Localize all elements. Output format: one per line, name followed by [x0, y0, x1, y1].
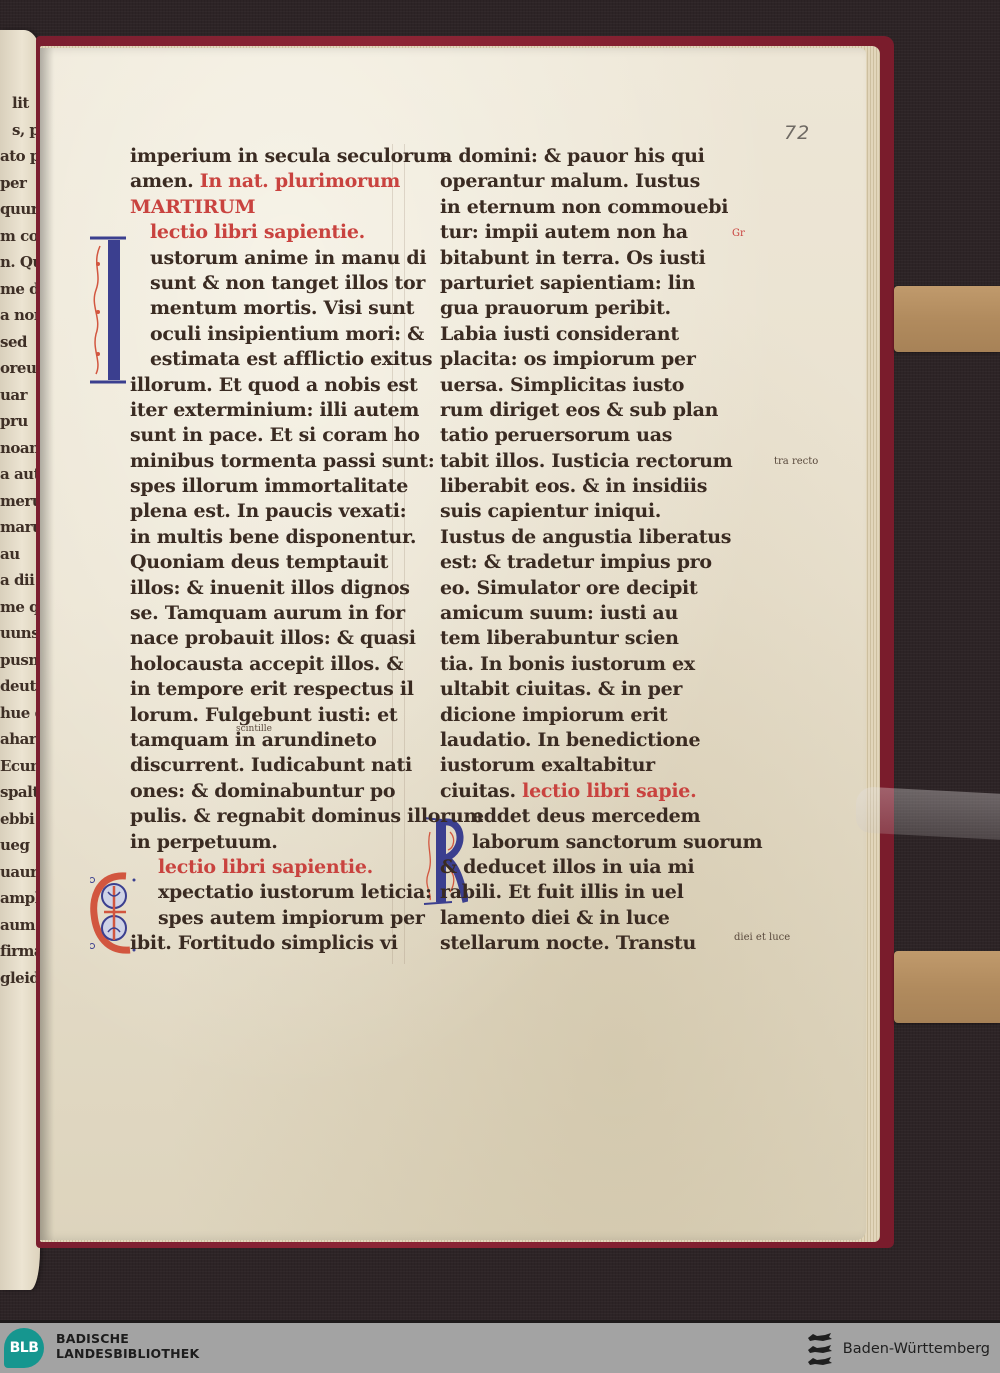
- manuscript-line: tur: impii autem non ha: [440, 220, 720, 245]
- verso-text-fragment: ebbi: [0, 810, 34, 828]
- binding-tie-bottom: [894, 951, 1000, 1023]
- line-text: in multis bene disponentur.: [130, 526, 416, 548]
- verso-text-fragment: per: [0, 174, 26, 192]
- line-text: iustorum exaltabitur: [440, 754, 655, 776]
- manuscript-line: amicum suum: iusti au: [440, 601, 720, 626]
- recto-page: 72: [40, 48, 866, 1240]
- verso-text-fragment: a non: [0, 306, 40, 324]
- line-text: amicum suum: iusti au: [440, 602, 678, 624]
- line-text: & deducet illos in uia mi: [440, 856, 694, 878]
- manuscript-line: eo. Simulator ore decipit: [440, 576, 720, 601]
- manuscript-line: spes autem impiorum per: [130, 906, 408, 931]
- line-text: lorum. Fulgebunt iusti: et: [130, 704, 397, 726]
- manuscript-line: stellarum nocte. Transtu: [440, 931, 720, 956]
- verso-text-fragment: a aut: [0, 465, 40, 483]
- manuscript-line: spes illorum immortalitate: [130, 474, 408, 499]
- line-text: sunt & non tanget illos tor: [150, 272, 425, 294]
- manuscript-line: ciuitas. lectio libri sapie.: [440, 779, 720, 804]
- verso-text-fragment: pusmi: [0, 651, 40, 669]
- line-text: lectio libri sapientie.: [158, 856, 373, 878]
- manuscript-line: & deducet illos in uia mi: [440, 855, 720, 880]
- manuscript-line: tabit illos. Iusticia rectorum: [440, 449, 720, 474]
- line-text: oculi insipientium mori: &: [150, 323, 424, 345]
- manuscript-line: mentum mortis. Visi sunt: [130, 296, 408, 321]
- manuscript-line: oculi insipientium mori: &: [130, 322, 408, 347]
- line-text: liberabit eos. & in insidiis: [440, 475, 707, 497]
- line-text: rabili. Et fuit illis in uel: [440, 881, 684, 903]
- manuscript-line: tia. In bonis iustorum ex: [440, 652, 720, 677]
- line-text: suis capientur iniqui.: [440, 500, 661, 522]
- verso-text-fragment: Ecum: [0, 757, 40, 775]
- manuscript-line: sunt & non tanget illos tor: [130, 271, 408, 296]
- line-text: eo. Simulator ore decipit: [440, 577, 697, 599]
- line-text: parturiet sapientiam: lin: [440, 272, 695, 294]
- manuscript-line: ustorum anime in manu di: [130, 246, 408, 271]
- line-text: Labia iusti considerant: [440, 323, 679, 345]
- manuscript-line: nace probauit illos: & quasi: [130, 626, 408, 651]
- line-text: bitabunt in terra. Os iusti: [440, 247, 705, 269]
- manuscript-line: suis capientur iniqui.: [440, 499, 720, 524]
- verso-text-fragment: au: [0, 545, 20, 563]
- three-lions-icon: [805, 1330, 835, 1368]
- line-text: dicione impiorum erit: [440, 704, 667, 726]
- line-text: laborum sanctorum suorum: [472, 831, 762, 853]
- manuscript-line: pulis. & regnabit dominus illorum: [130, 804, 408, 829]
- verso-text-fragment: gleida: [0, 969, 40, 987]
- manuscript-line: iter exterminium: illi autem: [130, 398, 408, 423]
- manuscript-line: gua prauorum peribit.: [440, 296, 720, 321]
- verso-text-fragment: uaur: [0, 863, 37, 881]
- margin-note-rubric: Gr: [732, 228, 745, 239]
- line-text: tem liberabuntur scien: [440, 627, 679, 649]
- manuscript-line: uersa. Simplicitas iusto: [440, 373, 720, 398]
- manuscript-line: holocausta accepit illos. &: [130, 652, 408, 677]
- manuscript-line: in multis bene disponentur.: [130, 525, 408, 550]
- interlinear-gloss: scintille: [236, 724, 272, 734]
- institution-line-1: BADISCHE: [56, 1331, 199, 1346]
- manuscript-line: in tempore erit respectus il: [130, 677, 408, 702]
- manuscript-line: iustorum exaltabitur: [440, 753, 720, 778]
- manuscript-line: estimata est afflictio exitus: [130, 347, 408, 372]
- manuscript-line: lectio libri sapientie.: [130, 220, 408, 245]
- line-text: imperium in secula seculorum: [130, 145, 446, 167]
- line-text: in tempore erit respectus il: [130, 678, 414, 700]
- line-text: MARTIRUM: [130, 196, 255, 218]
- manuscript-line: parturiet sapientiam: lin: [440, 271, 720, 296]
- line-text: se. Tamquam aurum in for: [130, 602, 405, 624]
- line-text: xpectatio iustorum leticia:: [158, 881, 432, 903]
- manuscript-line: xpectatio iustorum leticia:: [130, 880, 408, 905]
- line-text: spes autem impiorum per: [158, 907, 425, 929]
- verso-text-fragment: me de: [0, 280, 40, 298]
- manuscript-line: MARTIRUM: [130, 195, 408, 220]
- manuscript-line: minibus tormenta passi sunt:: [130, 449, 408, 474]
- manuscript-line: a domini: & pauor his qui: [440, 144, 720, 169]
- manuscript-line: Quoniam deus temptauit: [130, 550, 408, 575]
- verso-text-fragment: n. Qui: [0, 253, 40, 271]
- line-text: holocausta accepit illos. &: [130, 653, 403, 675]
- manuscript-line: operantur malum. Iustus: [440, 169, 720, 194]
- verso-text-fragment: hue de: [0, 704, 40, 722]
- verso-text-fragment: sed: [0, 333, 27, 351]
- left-text-column: imperium in secula seculorumamen. In nat…: [130, 144, 408, 957]
- line-text: ustorum anime in manu di: [150, 247, 426, 269]
- manuscript-line: Labia iusti considerant: [440, 322, 720, 347]
- verso-text-fragment: merum: [0, 492, 40, 510]
- manuscript-line: dicione impiorum erit: [440, 703, 720, 728]
- manuscript-line: amen. In nat. plurimorum: [130, 169, 408, 194]
- line-text: tabit illos. Iusticia rectorum: [440, 450, 732, 472]
- binding-tie-top: [894, 286, 1000, 352]
- verso-text-fragment: m co: [0, 227, 38, 245]
- verso-text-fragment: noan: [0, 439, 40, 457]
- line-text: est: & tradetur impius pro: [440, 551, 712, 573]
- verso-text-fragment: spalte: [0, 783, 40, 801]
- manuscript-line: bitabunt in terra. Os iusti: [440, 246, 720, 271]
- line-text: tia. In bonis iustorum ex: [440, 653, 695, 675]
- line-text: lectio libri sapientie.: [150, 221, 365, 243]
- manuscript-line: sunt in pace. Et si coram ho: [130, 423, 408, 448]
- manuscript-line: in perpetuum.: [130, 830, 408, 855]
- verso-text-fragment: ahari: [0, 730, 40, 748]
- verso-text-fragment: uar: [0, 386, 27, 404]
- folio-number: 72: [784, 122, 810, 144]
- manuscript-line: illorum. Et quod a nobis est: [130, 373, 408, 398]
- manuscript-line: se. Tamquam aurum in for: [130, 601, 408, 626]
- verso-text-fragment: maru: [0, 518, 40, 536]
- line-text: stellarum nocte. Transtu: [440, 932, 696, 954]
- line-text: spes illorum immortalitate: [130, 475, 408, 497]
- line-text: ultabit ciuitas. & in per: [440, 678, 682, 700]
- manuscript-line: illos: & inuenit illos dignos: [130, 576, 408, 601]
- verso-text-fragment: deut: [0, 677, 36, 695]
- blb-logo[interactable]: BLB: [4, 1328, 44, 1368]
- manuscript-line: lectio libri sapientie.: [130, 855, 408, 880]
- margin-note-lower: diei et luce: [734, 932, 790, 943]
- line-text: Iustus de angustia liberatus: [440, 526, 731, 548]
- institution-line-2: LANDESBIBLIOTHEK: [56, 1346, 199, 1361]
- manuscript-line: rabili. Et fuit illis in uel: [440, 880, 720, 905]
- line-text: pulis. & regnabit dominus illorum: [130, 805, 483, 827]
- manuscript-line: lamento diei & in luce: [440, 906, 720, 931]
- verso-text-fragment: pru: [0, 412, 28, 430]
- baden-wuerttemberg-logo[interactable]: Baden-Württemberg: [805, 1329, 990, 1369]
- verso-page-edge: lits, proato pperquurm con. Quime dea no…: [0, 30, 40, 1290]
- verso-text-fragment: quur: [0, 200, 38, 218]
- line-text: operantur malum. Iustus: [440, 170, 700, 192]
- verso-text-fragment: me q: [0, 598, 39, 616]
- verso-text-fragment: lit: [12, 94, 29, 112]
- verso-text-fragment: a dii: [0, 571, 34, 589]
- line-text: placita: os impiorum per: [440, 348, 696, 370]
- line-text: in eternum non commouebi: [440, 196, 728, 218]
- line-text: mentum mortis. Visi sunt: [150, 297, 414, 319]
- line-text: sunt in pace. Et si coram ho: [130, 424, 420, 446]
- manuscript-line: laudatio. In benedictione: [440, 728, 720, 753]
- right-text-column: a domini: & pauor his quioperantur malum…: [440, 144, 720, 957]
- line-text: discurrent. Iudicabunt nati: [130, 754, 412, 776]
- manuscript-line: liberabit eos. & in insidiis: [440, 474, 720, 499]
- manuscript-line: est: & tradetur impius pro: [440, 550, 720, 575]
- line-text: Quoniam deus temptauit: [130, 551, 388, 573]
- manuscript-line: eddet deus mercedem: [440, 804, 720, 829]
- manuscript-line: tatio peruersorum uas: [440, 423, 720, 448]
- line-text: nace probauit illos: & quasi: [130, 627, 416, 649]
- decorated-initial-i: [86, 234, 128, 386]
- verso-text-fragment: firmab: [0, 942, 40, 960]
- line-text: eddet deus mercedem: [472, 805, 700, 827]
- line-text: tur: impii autem non ha: [440, 221, 688, 243]
- manuscript-line: laborum sanctorum suorum: [440, 830, 720, 855]
- rubric-text: In nat. plurimorum: [200, 170, 400, 192]
- line-text: rum diriget eos & sub plan: [440, 399, 718, 421]
- line-text: minibus tormenta passi sunt:: [130, 450, 434, 472]
- manuscript-line: rum diriget eos & sub plan: [440, 398, 720, 423]
- line-text: ciuitas.: [440, 780, 516, 802]
- manuscript-line: imperium in secula seculorum: [130, 144, 408, 169]
- verso-text-fragment: ampla: [0, 889, 40, 907]
- line-text: a domini: & pauor his qui: [440, 145, 705, 167]
- manuscript-viewer: lits, proato pperquurm con. Quime dea no…: [0, 0, 1000, 1320]
- manuscript-line: ibit. Fortitudo simplicis vi: [130, 931, 408, 956]
- line-text: tatio peruersorum uas: [440, 424, 672, 446]
- margin-note-middle: tra recto: [774, 456, 818, 467]
- line-text: iter exterminium: illi autem: [130, 399, 419, 421]
- manuscript-line: in eternum non commouebi: [440, 195, 720, 220]
- verso-text-fragment: ato p: [0, 147, 40, 165]
- line-text: ones: & dominabuntur po: [130, 780, 395, 802]
- line-text: amen.: [130, 170, 193, 192]
- line-text: gua prauorum peribit.: [440, 297, 671, 319]
- verso-text-fragment: uunsqu: [0, 624, 40, 642]
- line-text: plena est. In paucis vexati:: [130, 500, 406, 522]
- verso-text-fragment: oreu: [0, 359, 36, 377]
- transparent-page-holder: [856, 786, 1000, 840]
- line-text: illorum. Et quod a nobis est: [130, 374, 417, 396]
- footer-bar: BLB BADISCHE LANDESBIBLIOTHEK Baden-Würt…: [0, 1320, 1000, 1373]
- verso-text-fragment: ueg: [0, 836, 29, 854]
- line-text: in perpetuum.: [130, 831, 278, 853]
- state-name: Baden-Württemberg: [843, 1341, 990, 1357]
- verso-text-fragment: aum pos: [0, 916, 40, 934]
- manuscript-line: Iustus de angustia liberatus: [440, 525, 720, 550]
- manuscript-line: plena est. In paucis vexati:: [130, 499, 408, 524]
- line-text: illos: & inuenit illos dignos: [130, 577, 410, 599]
- line-text: laudatio. In benedictione: [440, 729, 700, 751]
- institution-name[interactable]: BADISCHE LANDESBIBLIOTHEK: [56, 1331, 199, 1361]
- line-text: uersa. Simplicitas iusto: [440, 374, 684, 396]
- manuscript-line: ultabit ciuitas. & in per: [440, 677, 720, 702]
- line-text: ibit. Fortitudo simplicis vi: [130, 932, 398, 954]
- line-text: lamento diei & in luce: [440, 907, 670, 929]
- manuscript-line: tem liberabuntur scien: [440, 626, 720, 651]
- rubric-text: lectio libri sapie.: [522, 780, 696, 802]
- manuscript-line: discurrent. Iudicabunt nati: [130, 753, 408, 778]
- gutter-shadow: [40, 48, 54, 1240]
- line-text: estimata est afflictio exitus: [150, 348, 432, 370]
- manuscript-line: placita: os impiorum per: [440, 347, 720, 372]
- manuscript-line: ones: & dominabuntur po: [130, 779, 408, 804]
